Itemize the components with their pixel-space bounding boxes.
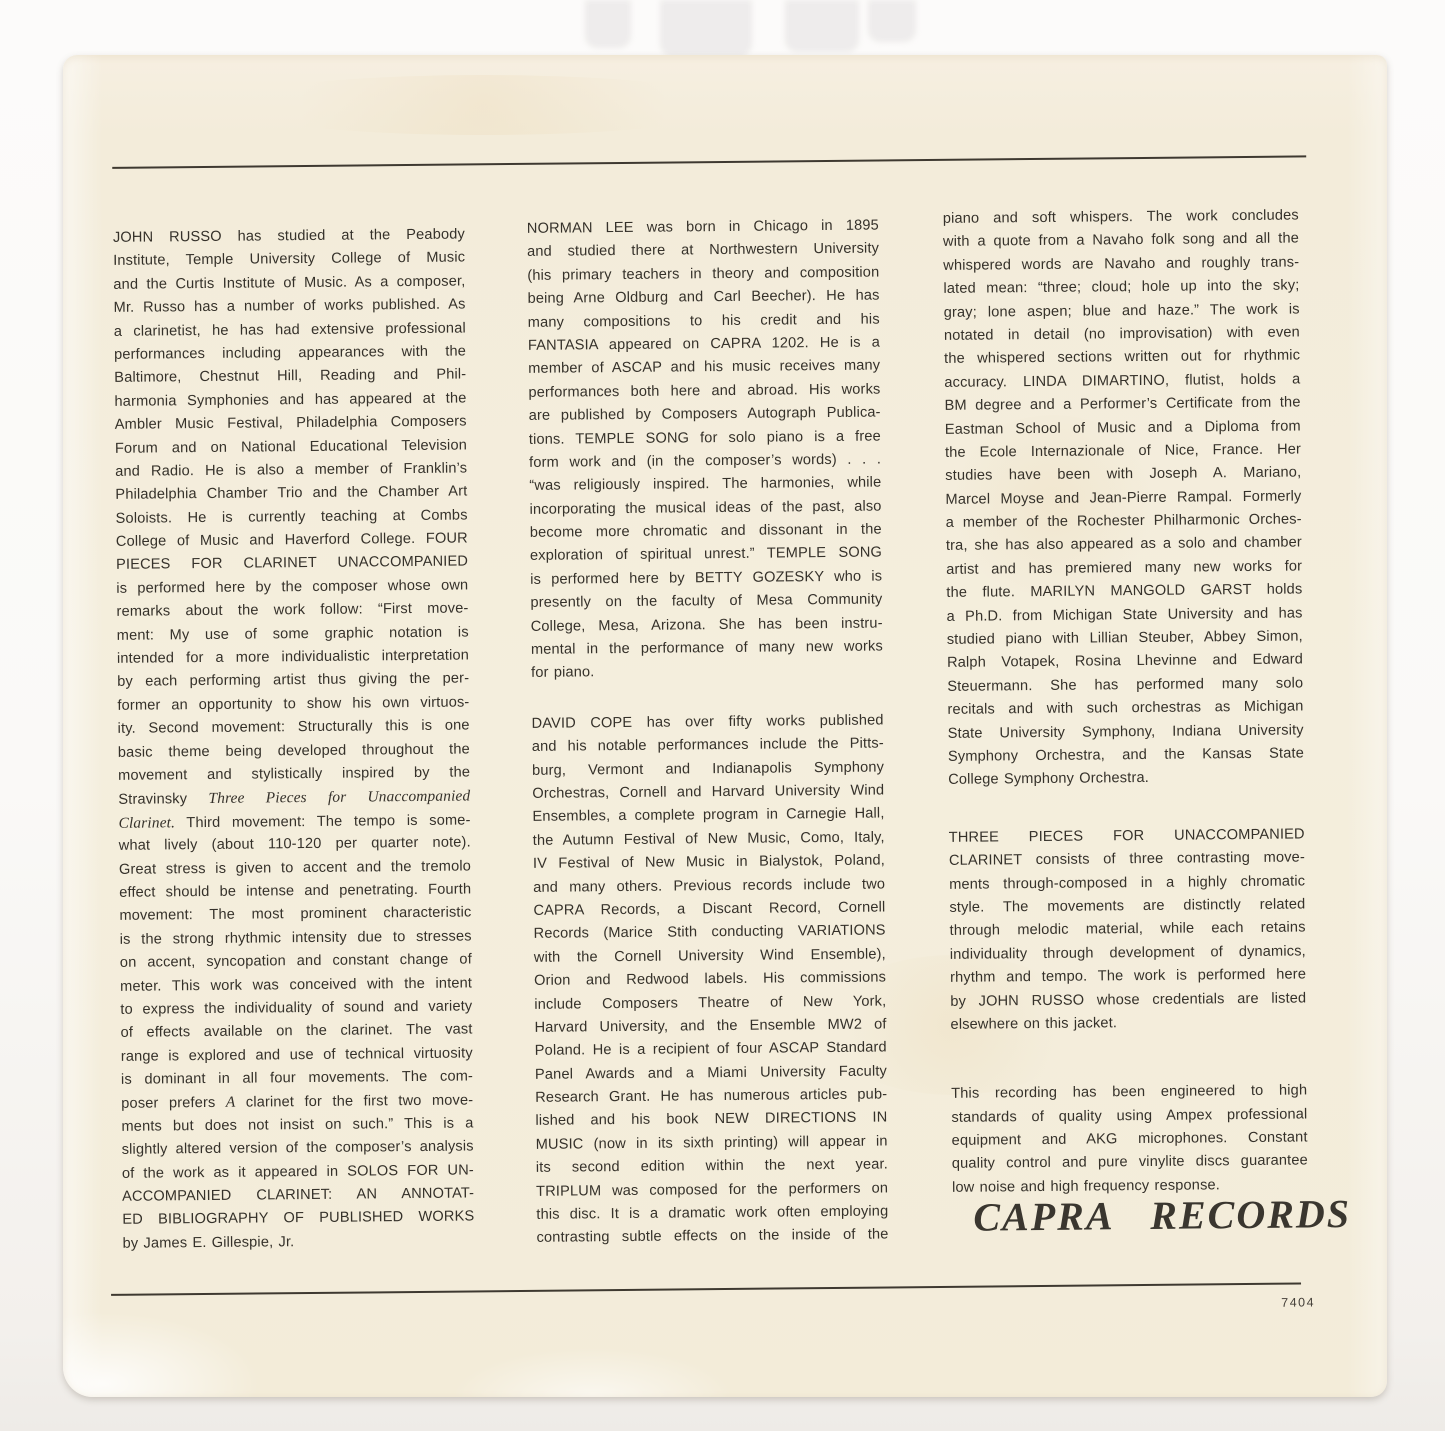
paragraph: DAVID COPE has over fifty works publishe… xyxy=(532,709,889,1250)
text-line: by JOHN RUSSO whose credentials are list… xyxy=(950,987,1306,1014)
text-line: Steuermann. She has performed many solo xyxy=(947,672,1303,699)
text-line: poser prefers A clarinet for the first t… xyxy=(121,1089,473,1116)
bottom-divider-rule xyxy=(111,1282,1301,1295)
text-line: College, Mesa, Arizona. She has been ins… xyxy=(531,612,883,639)
text-line: style. The movements are distinctly rela… xyxy=(949,893,1305,920)
text-line: Eastman School of Music and a Diploma fr… xyxy=(945,415,1301,442)
text-line: for piano. xyxy=(531,659,883,686)
paragraph: This recording has been engineered to hi… xyxy=(951,1080,1308,1200)
text-line: presently on the faculty of Mesa Communi… xyxy=(530,589,882,616)
text-line: Research Grant. He has numerous articles… xyxy=(535,1084,887,1111)
text-line: Clarinet. Third movement: The tempo is s… xyxy=(118,808,470,835)
text-line: Orion and Redwood labels. His commission… xyxy=(534,967,886,994)
text-line: is performed here by the composer whose … xyxy=(116,574,468,601)
text-line: tra, she has also appeared as a solo and… xyxy=(946,532,1302,559)
text-line: JOHN RUSSO has studied at the Peabody xyxy=(113,223,465,250)
text-line: the flute. MARILYN MANGOLD GARST holds xyxy=(946,579,1302,606)
text-line: DAVID COPE has over fifty works publishe… xyxy=(532,709,884,736)
text-line: to express the individuality of sound an… xyxy=(120,995,472,1022)
text-line: notated in detail (no improvisation) wit… xyxy=(944,321,1300,348)
text-line: ments through-composed in a highly chrom… xyxy=(949,870,1305,897)
text-line: Baltimore, Chestnut Hill, Reading and Ph… xyxy=(114,364,466,391)
text-line: elsewhere on this jacket. xyxy=(950,1010,1306,1037)
text-line: the whispered sections written out for r… xyxy=(944,345,1300,372)
text-line: of the work as it appeared in SOLOS FOR … xyxy=(122,1159,474,1186)
text-line: College Symphony Orchestra. xyxy=(948,766,1304,793)
text-line: Records (Marice Stith conducting VARIATI… xyxy=(534,920,886,947)
text-line: range is explored and use of technical v… xyxy=(121,1042,473,1069)
text-line: by each performing artist thus giving th… xyxy=(117,668,469,695)
text-line: PIECES FOR CLARINET UNACCOMPANIED xyxy=(116,551,468,578)
text-line: the Autumn Festival of New Music, Como, … xyxy=(533,826,885,853)
text-line: this disc. It is a dramatic work often e… xyxy=(536,1200,888,1227)
text-line: Symphony Orchestra, and the Kansas State xyxy=(948,742,1304,769)
text-line: THREE PIECES FOR UNACCOMPANIED xyxy=(949,823,1305,850)
text-line: piano and soft whispers. The work conclu… xyxy=(943,204,1299,231)
text-line: movement: The most prominent characteris… xyxy=(119,902,471,929)
text-line: through melodic material, while each ret… xyxy=(950,917,1306,944)
text-line: burg, Vermont and Indianapolis Symphony xyxy=(532,756,884,783)
text-line: is performed here by BETTY GOZESKY who i… xyxy=(530,565,882,592)
liner-notes-column-2: NORMAN LEE was born in Chicago in 1895an… xyxy=(527,215,889,1251)
text-line: Orchestras, Cornell and Harvard Universi… xyxy=(532,779,884,806)
text-line: mental in the performance of many new wo… xyxy=(531,636,883,663)
text-line: Mr. Russo has a number of works publishe… xyxy=(113,294,465,321)
text-line: of effects available on the clarinet. Th… xyxy=(120,1019,472,1046)
paragraph: JOHN RUSSO has studied at the PeabodyIns… xyxy=(113,223,475,1256)
text-line: form work and (in the composer’s words) … xyxy=(529,448,881,475)
text-line: FANTASIA appeared on CAPRA 1202. He is a xyxy=(528,331,880,358)
text-line: performances including appearances with … xyxy=(114,340,466,367)
text-line: Ensembles, a complete program in Carnegi… xyxy=(532,803,884,830)
text-line: studies have been with Joseph A. Mariano… xyxy=(945,462,1301,489)
text-line: CLARINET consists of three contrasting m… xyxy=(949,847,1305,874)
text-line: Harvard University, and the Ensemble MW2… xyxy=(534,1013,886,1040)
text-line: and many others. Previous records includ… xyxy=(533,873,885,900)
text-line: State University Symphony, Indiana Unive… xyxy=(948,719,1304,746)
text-line: IV Festival of New Music in Bialystok, P… xyxy=(533,850,885,877)
text-line: Forum and on National Educational Televi… xyxy=(115,434,467,461)
text-line: ments but does not insist on such.” This… xyxy=(121,1112,473,1139)
text-line: and studied there at Northwestern Univer… xyxy=(527,238,879,265)
text-line: Poland. He is a recipient of four ASCAP … xyxy=(535,1037,887,1064)
scanner-artifact xyxy=(585,0,631,48)
text-line: harmonia Symphonies and has appeared at … xyxy=(114,387,466,414)
text-line: effect should be intense and penetrating… xyxy=(119,878,471,905)
top-divider-rule xyxy=(112,155,1306,168)
text-line: Institute, Temple University College of … xyxy=(113,247,465,274)
text-line: a Ph.D. from Michigan State University a… xyxy=(946,602,1302,629)
text-line: many compositions to his credit and his xyxy=(528,308,880,335)
text-line: is the strong rhythmic intensity due to … xyxy=(120,925,472,952)
text-line: accuracy. LINDA DIMARTINO, flutist, hold… xyxy=(944,368,1300,395)
text-line: a clarinetist, he has had extensive prof… xyxy=(114,317,466,344)
text-line: artist and has premiered many new works … xyxy=(946,555,1302,582)
text-line: movement and stylistically inspired by t… xyxy=(118,761,470,788)
text-line: standards of quality using Ampex profess… xyxy=(951,1103,1307,1130)
text-line: whispered words are Navaho and roughly t… xyxy=(943,251,1299,278)
scanner-artifact xyxy=(660,0,752,56)
text-line: recitals and with such orchestras as Mic… xyxy=(947,696,1303,723)
text-line: ACCOMPANIED CLARINET: AN ANNOTAT- xyxy=(122,1182,474,1209)
text-line: with a quote from a Navaho folk song and… xyxy=(943,228,1299,255)
scanner-artifact xyxy=(785,0,859,52)
text-line: gray; lone aspen; blue and haze.” The wo… xyxy=(944,298,1300,325)
text-line: with the Cornell University Wind Ensembl… xyxy=(534,943,886,970)
text-line: incorporating the musical ideas of the p… xyxy=(529,495,881,522)
text-line: what lively (about 110-120 per quarter n… xyxy=(119,832,471,859)
text-line: studied piano with Lillian Steuber, Abbe… xyxy=(947,625,1303,652)
text-line: include Composers Theatre of New York, xyxy=(534,990,886,1017)
text-line: by James E. Gillespie, Jr. xyxy=(122,1229,474,1256)
text-line: lished and his book NEW DIRECTIONS IN xyxy=(535,1107,887,1134)
text-line: become more chromatic and dissonant in t… xyxy=(530,519,882,546)
text-line: This recording has been engineered to hi… xyxy=(951,1080,1307,1107)
text-line: meter. This work was conceived with the … xyxy=(120,972,472,999)
capra-records-logo: CAPRA RECORDS xyxy=(973,1190,1318,1240)
catalog-number: 7404 xyxy=(1281,1295,1315,1309)
text-line: lated mean: “three; cloud; hole up into … xyxy=(943,275,1299,302)
printed-liner-notes: JOHN RUSSO has studied at the PeabodyIns… xyxy=(57,49,1394,1404)
text-line: the Ecole Internazionale of Nice, France… xyxy=(945,438,1301,465)
paragraph: NORMAN LEE was born in Chicago in 1895an… xyxy=(527,215,883,686)
text-line: Stravinsky Three Pieces for Unaccompanie… xyxy=(118,785,470,812)
liner-notes-column-1: JOHN RUSSO has studied at the PeabodyIns… xyxy=(113,223,475,1256)
text-line: ED BIBLIOGRAPHY OF PUBLISHED WORKS xyxy=(122,1206,474,1233)
text-line: intended for a more individualistic inte… xyxy=(117,644,469,671)
text-line: and Radio. He is also a member of Frankl… xyxy=(115,457,467,484)
text-line: and the Curtis Institute of Music. As a … xyxy=(113,270,465,297)
text-line: Soloists. He is currently teaching at Co… xyxy=(116,504,468,531)
text-line: NORMAN LEE was born in Chicago in 1895 xyxy=(527,215,879,242)
text-line: performances both here and abroad. His w… xyxy=(528,378,880,405)
album-back-cover: JOHN RUSSO has studied at the PeabodyIns… xyxy=(63,55,1387,1397)
text-line: a member of the Rochester Philharmonic O… xyxy=(946,509,1302,536)
text-line: remarks about the work follow: “First mo… xyxy=(116,598,468,625)
text-line: its second edition within the next year. xyxy=(536,1154,888,1181)
text-line: individuality through development of dyn… xyxy=(950,940,1306,967)
text-line: Ralph Votapek, Rosina Lhevinne and Edwar… xyxy=(947,649,1303,676)
text-line: Ambler Music Festival, Philadelphia Comp… xyxy=(115,411,467,438)
text-line: slightly altered version of the composer… xyxy=(122,1136,474,1163)
text-line: (his primary teachers in theory and comp… xyxy=(527,261,879,288)
text-line: Marcel Moyse and Jean-Pierre Rampal. For… xyxy=(945,485,1301,512)
text-line: basic theme being developed throughout t… xyxy=(118,738,470,765)
text-line: rhythm and tempo. The work is performed … xyxy=(950,964,1306,991)
text-line: are published by Composers Autograph Pub… xyxy=(529,402,881,429)
text-line: “was religiously inspired. The harmonies… xyxy=(529,472,881,499)
text-line: exploration of spiritual unrest.” TEMPLE… xyxy=(530,542,882,569)
text-line: quality control and pure vinylite discs … xyxy=(952,1150,1308,1177)
text-line: MUSIC (now in its sixth printing) will a… xyxy=(536,1130,888,1157)
text-line: tions. TEMPLE SONG for solo piano is a f… xyxy=(529,425,881,452)
text-line: ity. Second movement: Structurally this … xyxy=(118,715,470,742)
text-line: on accent, syncopation and constant chan… xyxy=(120,949,472,976)
text-line: is dominant in all four movements. The c… xyxy=(121,1066,473,1093)
liner-notes-column-3: piano and soft whispers. The work conclu… xyxy=(943,204,1309,1200)
text-line: College of Music and Haverford College. … xyxy=(116,528,468,555)
text-line: Great stress is given to accent and the … xyxy=(119,855,471,882)
text-line: TRIPLUM was composed for the performers … xyxy=(536,1177,888,1204)
text-line: member of ASCAP and his music receives m… xyxy=(528,355,880,382)
scanner-artifact xyxy=(868,0,916,42)
text-line: CAPRA Records, a Discant Record, Cornell xyxy=(533,896,885,923)
text-line: being Arne Oldburg and Carl Beecher). He… xyxy=(527,285,879,312)
paragraph: THREE PIECES FOR UNACCOMPANIEDCLARINET c… xyxy=(949,823,1307,1037)
text-line: ment: My use of some graphic notation is xyxy=(117,621,469,648)
text-line: Philadelphia Chamber Trio and the Chambe… xyxy=(115,481,467,508)
text-line: former an opportunity to show his own vi… xyxy=(117,691,469,718)
text-line: Panel Awards and a Miami University Facu… xyxy=(535,1060,887,1087)
text-line: contrasting subtle effects on the inside… xyxy=(536,1224,888,1251)
text-line: BM degree and a Performer’s Certificate … xyxy=(944,392,1300,419)
text-line: equipment and AKG microphones. Constant xyxy=(952,1126,1308,1153)
paragraph: piano and soft whispers. The work conclu… xyxy=(943,204,1305,792)
text-line: and his notable performances include the… xyxy=(532,733,884,760)
